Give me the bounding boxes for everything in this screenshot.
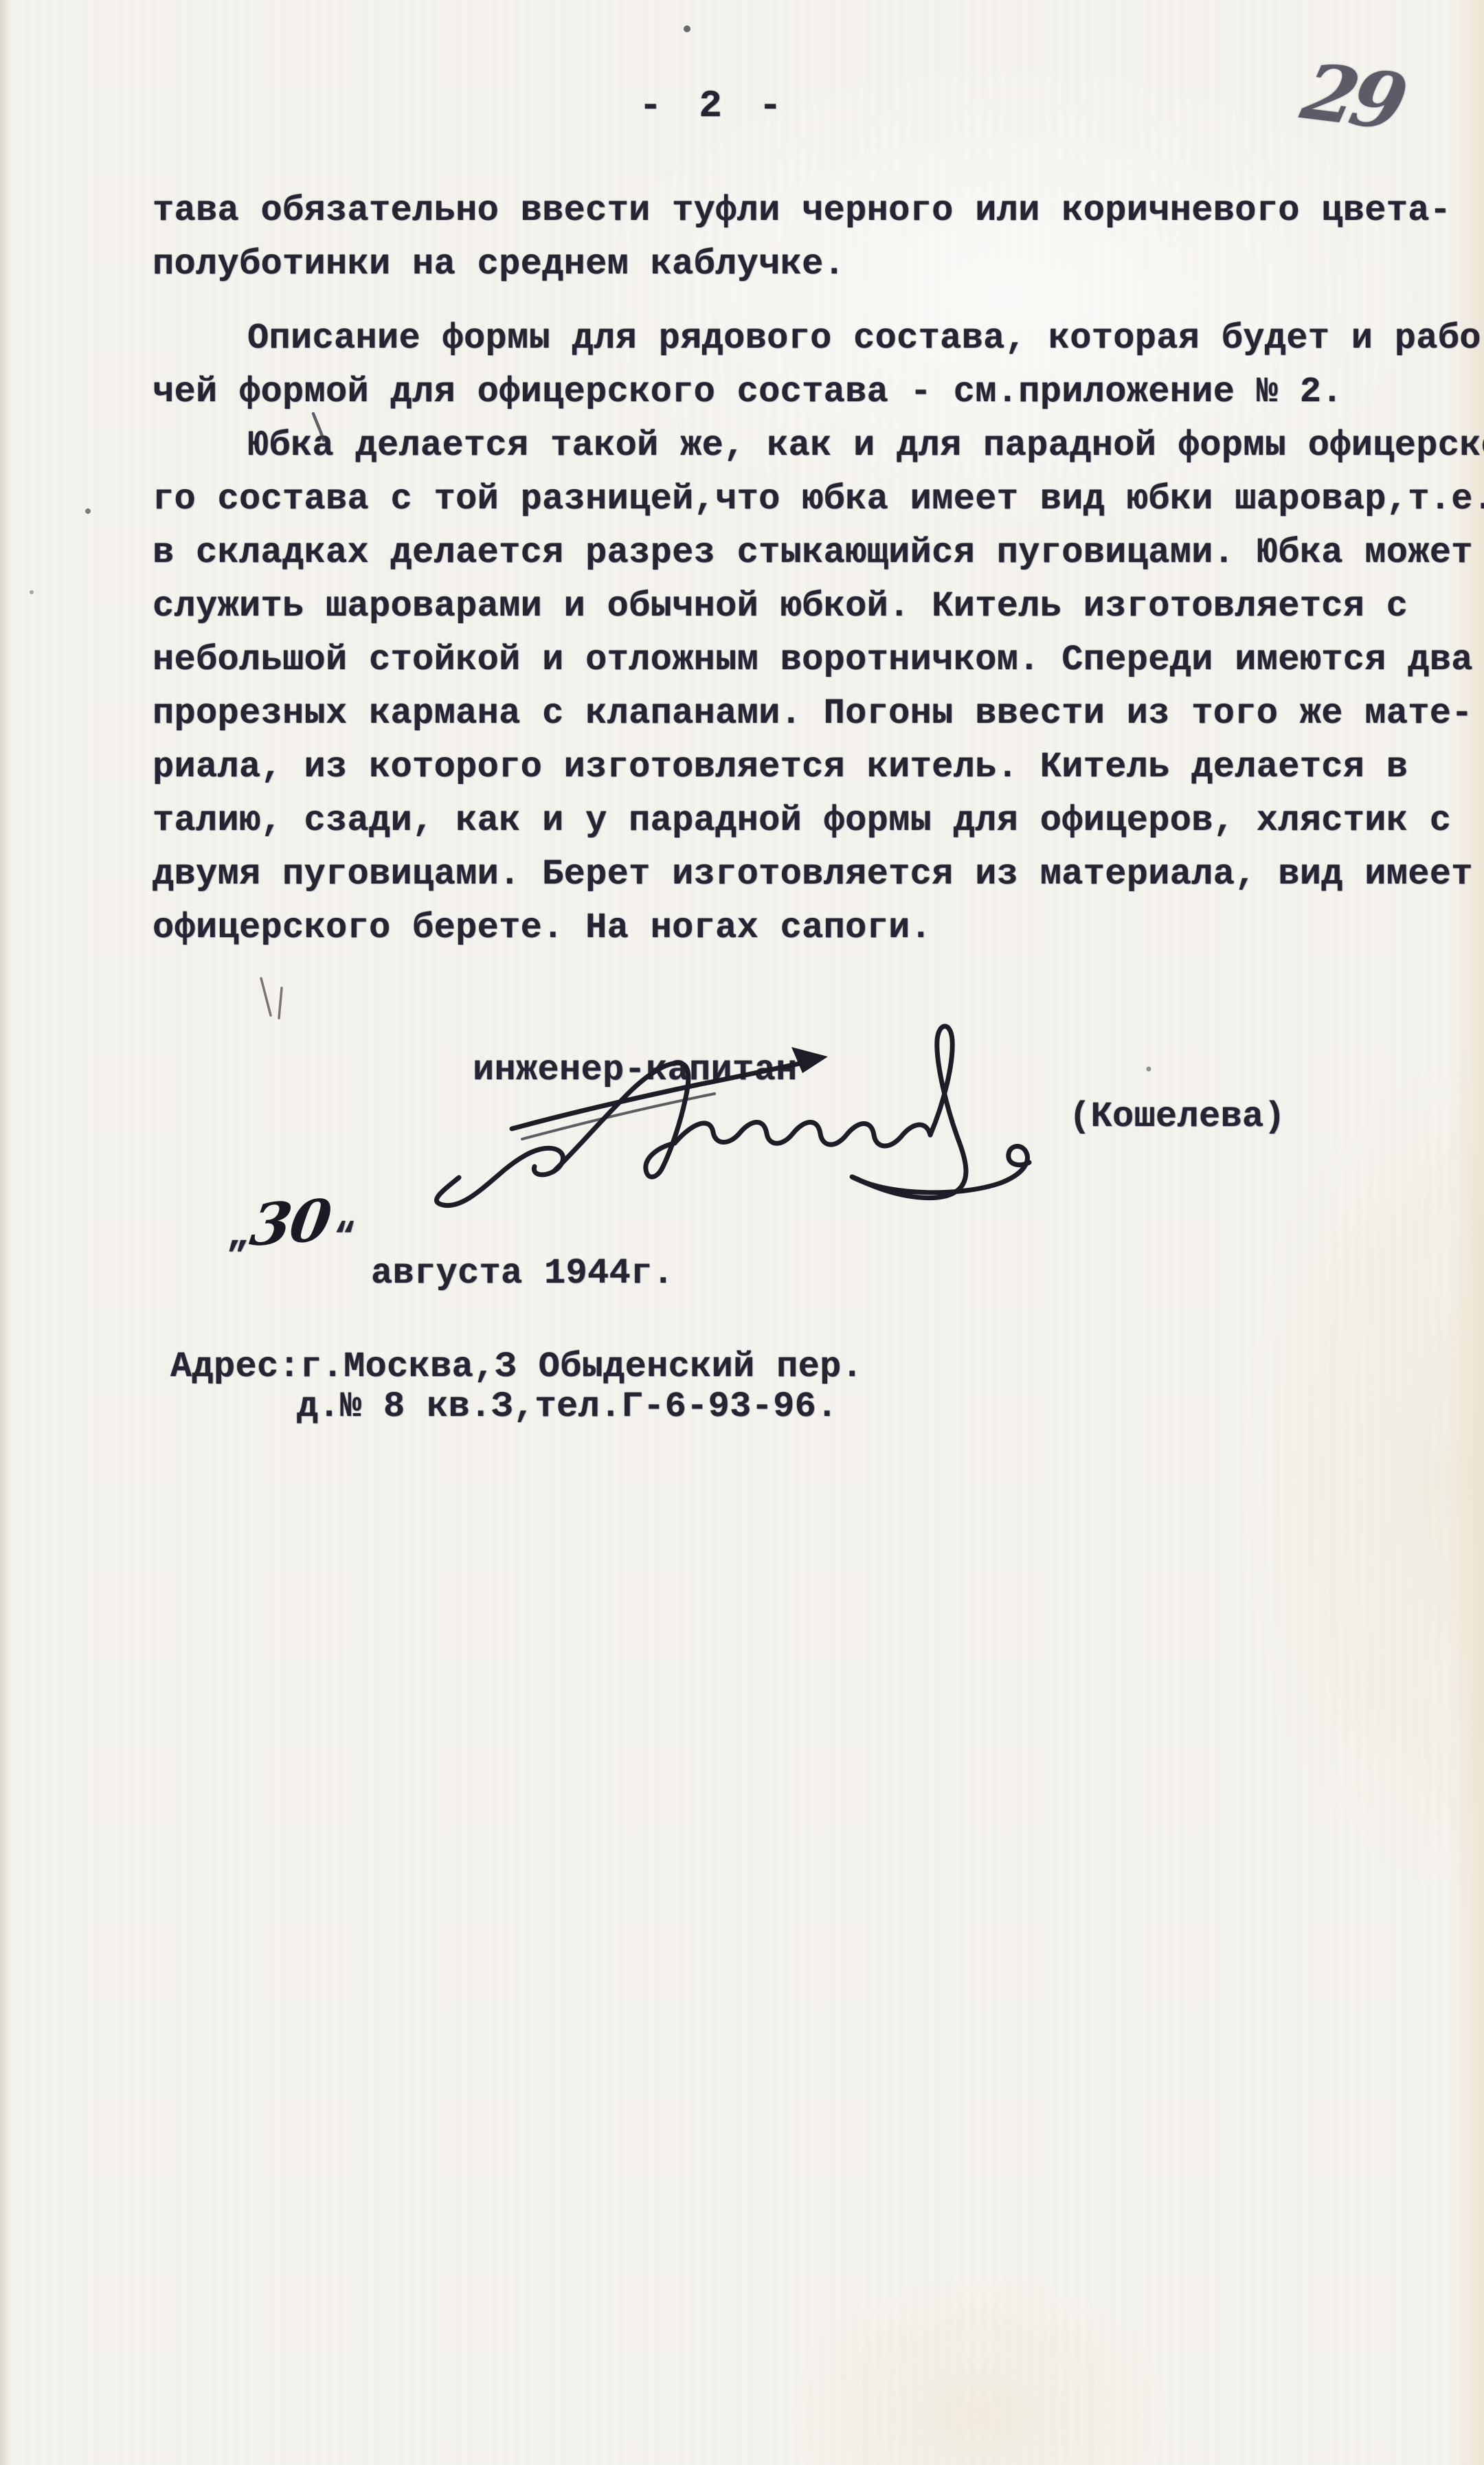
- pen-tick-marks: [261, 978, 282, 1018]
- paper-specks: [30, 25, 1151, 1072]
- stray-pen-mark: [313, 414, 324, 440]
- scanned-document-page: - 2 - 29 тава обязательно ввести туфли ч…: [0, 0, 1484, 2465]
- handwritten-ink-overlay: [0, 0, 1484, 2465]
- signature-ink: [436, 1026, 1029, 1206]
- signature-arrow-tip: [791, 1047, 828, 1073]
